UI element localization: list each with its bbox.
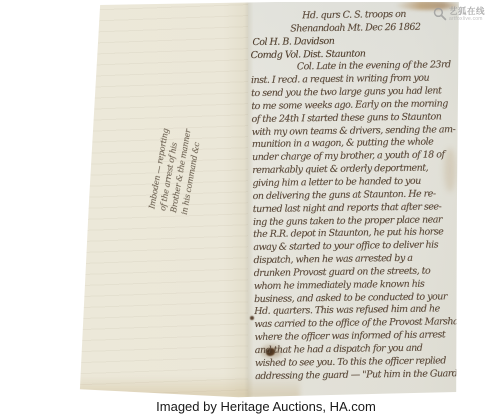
photo-caption: Imaged by Heritage Auctions, HA.com — [16, 399, 500, 414]
handwritten-letter-text: Hd. qurs C. S. troops onShenandoah Mt. D… — [250, 8, 467, 383]
handwritten-line: Col. Late in the evening of the 23rd — [297, 59, 463, 74]
magnifier-icon — [433, 7, 447, 21]
watermark-site-domain: artfoxlive.com — [449, 17, 485, 22]
watermark: 艺狐在线 artfoxlive.com — [433, 7, 485, 22]
auction-photo-scene: Imboden — reportingof the arrest of hisB… — [0, 0, 500, 415]
watermark-site-name: 艺狐在线 — [449, 7, 485, 16]
letter-paper: Imboden — reportingof the arrest of hisB… — [78, 0, 460, 400]
watermark-text-column: 艺狐在线 artfoxlive.com — [449, 7, 485, 22]
